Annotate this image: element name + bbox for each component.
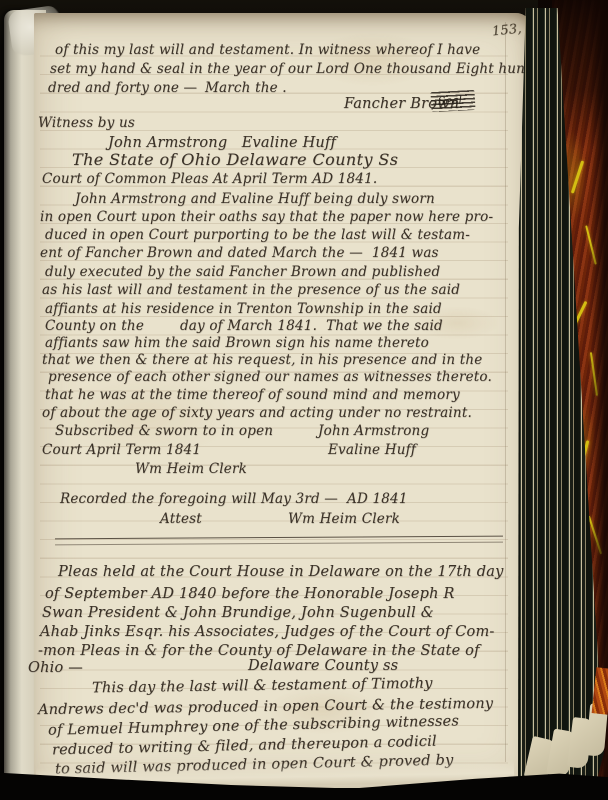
text-line: ent of Fancher Brown and dated March the… [40, 247, 439, 261]
text-line: affiants at his residence in Trenton Tow… [45, 303, 442, 317]
clerk-signature: Wm Heim Clerk [135, 463, 247, 477]
seal-mark: Seal [431, 90, 476, 112]
text-line: that we then & there at his request, in … [42, 354, 482, 368]
page-number: 153, [491, 22, 522, 38]
text-line: John Armstrong and Evaline Huff being du… [75, 193, 435, 207]
text-line: duly executed by the said Fancher Brown … [45, 266, 440, 280]
text-line: Ahab Jinks Esqr. his Associates, Judges … [40, 625, 495, 640]
clerk-signature: Wm Heim Clerk [288, 513, 400, 527]
text-line: that he was at the time thereof of sound… [45, 389, 460, 403]
county-caption: Delaware County ss [248, 659, 398, 674]
recording-line: Recorded the foregoing will May 3rd — AD… [60, 493, 408, 507]
state-caption: The State of Ohio Delaware County Ss [72, 152, 398, 168]
text-line: duced in open Court purporting to be the… [45, 229, 470, 243]
witness-signature: Evaline Huff [328, 444, 416, 458]
text-line: Pleas held at the Court House in Delawar… [58, 565, 503, 580]
text-line: presence of each other signed our names … [48, 371, 492, 385]
text-line: Swan President & John Brundige, John Sug… [42, 606, 434, 621]
text-line: County on the day of March 1841. That we… [45, 320, 443, 334]
witness-heading: Witness by us [38, 117, 135, 131]
text-line: Ohio — [28, 661, 83, 676]
text-line: affiants saw him the said Brown sign his… [45, 337, 429, 351]
text-line: March the . [205, 82, 287, 96]
witness-signature: John Armstrong [318, 425, 429, 439]
text-line: -mon Pleas in & for the County of Delawa… [38, 644, 480, 659]
document-photo: 153, of this my last will and testament.… [0, 0, 608, 800]
handwriting-layer: 153, of this my last will and testament.… [0, 0, 608, 800]
text-line: of about the age of sixty years and acti… [42, 407, 472, 421]
text-line: in open Court upon their oaths say that … [40, 211, 493, 225]
witness-names: John Armstrong Evaline Huff [108, 136, 336, 151]
text-line: This day the last will & testament of Ti… [92, 677, 433, 696]
court-caption: Court of Common Pleas At April Term AD 1… [42, 173, 377, 187]
jurat-line: Subscribed & sworn to in open [55, 425, 273, 439]
text-line: as his last will and testament in the pr… [42, 284, 460, 298]
attest-label: Attest [160, 513, 202, 527]
text-line: of this my last will and testament. In w… [55, 44, 480, 58]
seal-label: Seal [438, 94, 463, 108]
text-line: dred and forty one — [48, 82, 197, 96]
text-line: set my hand & seal in the year of our Lo… [50, 63, 525, 77]
text-line: of September AD 1840 before the Honorabl… [45, 587, 455, 602]
jurat-line: Court April Term 1841 [42, 444, 201, 458]
